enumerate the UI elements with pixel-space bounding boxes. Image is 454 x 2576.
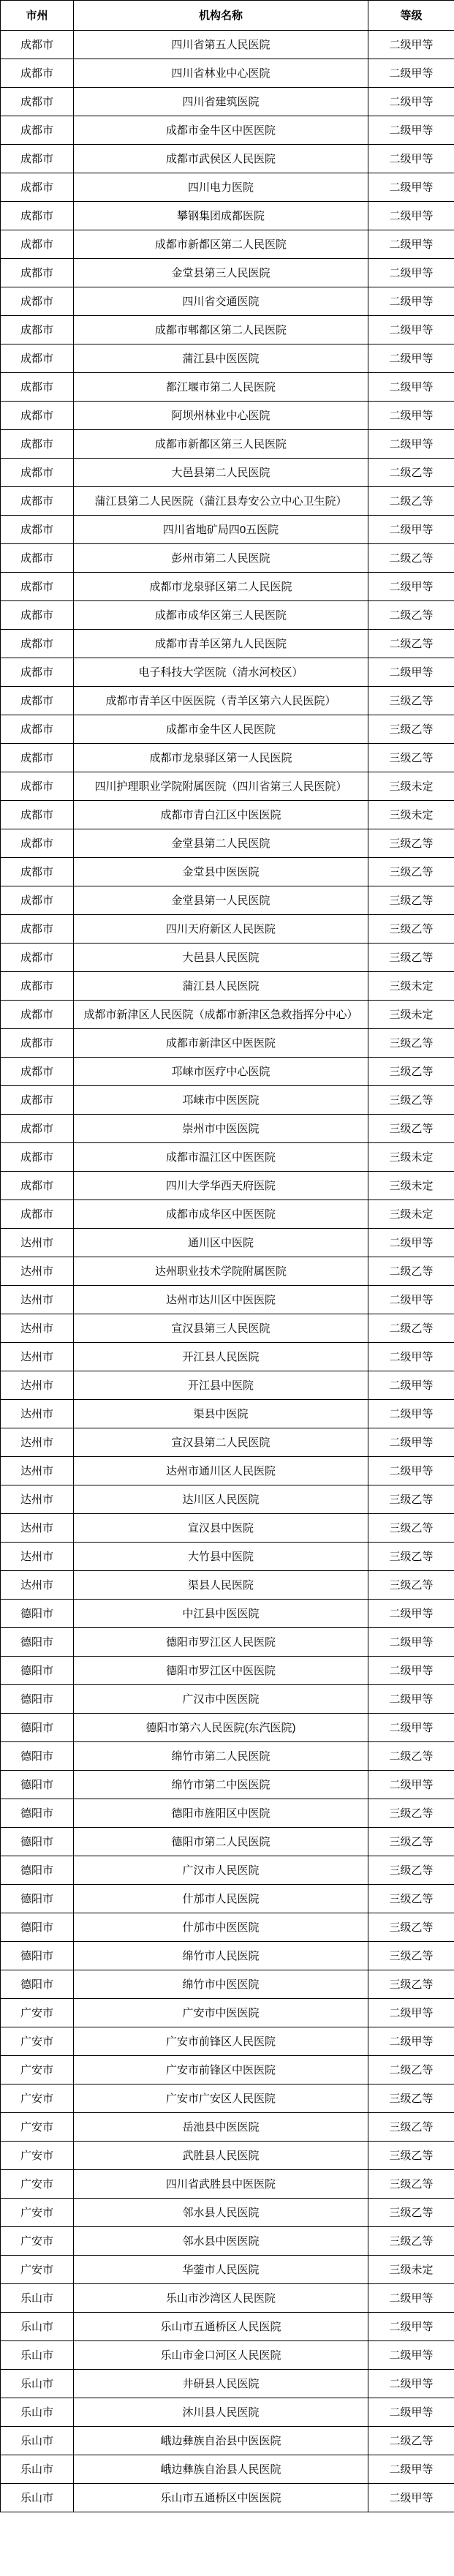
- city-cell: 成都市: [1, 658, 74, 687]
- institution-name-cell: 井研县人民医院: [74, 2370, 368, 2398]
- grade-cell: 二级甲等: [368, 145, 454, 173]
- table-row: 成都市金堂县中医医院三级乙等: [1, 858, 454, 886]
- table-row: 成都市成都市成华区中医医院三级未定: [1, 1200, 454, 1229]
- institution-name-cell: 电子科技大学医院（清水河校区）: [74, 658, 368, 687]
- institution-name-cell: 什邡市中医医院: [74, 1913, 368, 1942]
- institution-name-cell: 成都市温江区中医医院: [74, 1143, 368, 1172]
- institution-name-cell: 四川大学华西天府医院: [74, 1172, 368, 1200]
- grade-cell: 二级甲等: [368, 373, 454, 402]
- grade-cell: 二级甲等: [368, 1229, 454, 1257]
- city-cell: 广安市: [1, 2113, 74, 2142]
- grade-cell: 二级乙等: [368, 601, 454, 630]
- grade-cell: 二级甲等: [368, 430, 454, 459]
- city-cell: 成都市: [1, 1143, 74, 1172]
- table-row: 广安市四川省武胜县中医医院三级乙等: [1, 2170, 454, 2199]
- hospital-grade-table: 市州 机构名称 等级 成都市四川省第五人民医院二级甲等成都市四川省林业中心医院二…: [0, 0, 454, 2512]
- institution-name-cell: 什邡市人民医院: [74, 1885, 368, 1913]
- table-row: 成都市成都市青羊区第九人民医院二级乙等: [1, 630, 454, 658]
- grade-cell: 二级甲等: [368, 116, 454, 145]
- city-cell: 广安市: [1, 2027, 74, 2056]
- table-row: 成都市四川省交通医院二级甲等: [1, 287, 454, 316]
- grade-cell: 二级甲等: [368, 1628, 454, 1657]
- city-cell: 成都市: [1, 402, 74, 430]
- grade-cell: 三级未定: [368, 1200, 454, 1229]
- grade-cell: 三级乙等: [368, 2227, 454, 2256]
- table-row: 成都市电子科技大学医院（清水河校区）二级甲等: [1, 658, 454, 687]
- table-row: 德阳市德阳市第二人民医院三级乙等: [1, 1828, 454, 1856]
- grade-cell: 二级甲等: [368, 2455, 454, 2484]
- institution-name-cell: 广安市广安区人民医院: [74, 2084, 368, 2113]
- table-row: 广安市广安市前锋区中医医院二级乙等: [1, 2056, 454, 2084]
- city-cell: 德阳市: [1, 1628, 74, 1657]
- grade-cell: 二级甲等: [368, 316, 454, 344]
- grade-cell: 三级乙等: [368, 2142, 454, 2170]
- grade-cell: 三级未定: [368, 801, 454, 829]
- city-cell: 成都市: [1, 1172, 74, 1200]
- table-row: 成都市金堂县第一人民医院三级乙等: [1, 886, 454, 915]
- institution-name-cell: 彭州市第二人民医院: [74, 544, 368, 573]
- city-cell: 德阳市: [1, 1742, 74, 1771]
- grade-cell: 二级甲等: [368, 1286, 454, 1314]
- table-row: 广安市邻水县人民医院三级乙等: [1, 2199, 454, 2227]
- city-cell: 成都市: [1, 915, 74, 944]
- city-cell: 成都市: [1, 487, 74, 516]
- city-cell: 乐山市: [1, 2341, 74, 2370]
- table-row: 成都市成都市龙泉驿区第一人民医院三级乙等: [1, 744, 454, 772]
- city-cell: 达州市: [1, 1371, 74, 1400]
- institution-name-cell: 邻水县中医医院: [74, 2227, 368, 2256]
- table-row: 达州市达州市通川区人民医院二级甲等: [1, 1457, 454, 1485]
- institution-name-cell: 崇州市中医医院: [74, 1115, 368, 1143]
- table-row: 广安市广安市前锋区人民医院二级甲等: [1, 2027, 454, 2056]
- institution-name-cell: 成都市龙泉驿区第一人民医院: [74, 744, 368, 772]
- institution-name-cell: 成都市新津区中医医院: [74, 1029, 368, 1058]
- city-cell: 成都市: [1, 1029, 74, 1058]
- city-cell: 广安市: [1, 2056, 74, 2084]
- grade-cell: 二级甲等: [368, 2341, 454, 2370]
- city-cell: 达州市: [1, 1543, 74, 1571]
- city-cell: 达州市: [1, 1257, 74, 1286]
- city-cell: 成都市: [1, 88, 74, 116]
- city-cell: 德阳市: [1, 1799, 74, 1828]
- grade-cell: 三级乙等: [368, 687, 454, 715]
- institution-name-cell: 广安市前锋区人民医院: [74, 2027, 368, 2056]
- city-cell: 乐山市: [1, 2313, 74, 2341]
- institution-name-cell: 华蓥市人民医院: [74, 2256, 368, 2284]
- table-row: 成都市四川省地矿局四0五医院二级甲等: [1, 516, 454, 544]
- grade-cell: 二级乙等: [368, 1257, 454, 1286]
- grade-cell: 三级乙等: [368, 1942, 454, 1970]
- table-row: 成都市成都市青羊区中医医院（青羊区第六人民医院）三级乙等: [1, 687, 454, 715]
- institution-name-cell: 成都市成华区中医医院: [74, 1200, 368, 1229]
- grade-cell: 三级乙等: [368, 886, 454, 915]
- table-row: 广安市邻水县中医医院三级乙等: [1, 2227, 454, 2256]
- institution-name-cell: 乐山市五通桥区人民医院: [74, 2313, 368, 2341]
- city-cell: 成都市: [1, 430, 74, 459]
- institution-name-cell: 广安市中医医院: [74, 1999, 368, 2027]
- grade-cell: 三级乙等: [368, 1828, 454, 1856]
- table-row: 达州市渠县中医院二级甲等: [1, 1400, 454, 1428]
- table-row: 成都市四川大学华西天府医院三级未定: [1, 1172, 454, 1200]
- city-cell: 成都市: [1, 1200, 74, 1229]
- grade-cell: 三级乙等: [368, 1086, 454, 1115]
- grade-cell: 三级乙等: [368, 2170, 454, 2199]
- institution-name-cell: 邻水县人民医院: [74, 2199, 368, 2227]
- institution-name-cell: 成都市新都区第三人民医院: [74, 430, 368, 459]
- institution-name-cell: 阿坝州林业中心医院: [74, 402, 368, 430]
- city-cell: 广安市: [1, 2199, 74, 2227]
- table-row: 达州市开江县中医院二级甲等: [1, 1371, 454, 1400]
- city-cell: 达州市: [1, 1400, 74, 1428]
- grade-cell: 三级乙等: [368, 1115, 454, 1143]
- institution-name-cell: 德阳市罗江区中医医院: [74, 1657, 368, 1685]
- table-row: 成都市攀钢集团成都医院二级甲等: [1, 202, 454, 230]
- grade-cell: 三级乙等: [368, 744, 454, 772]
- grade-cell: 二级甲等: [368, 2398, 454, 2427]
- city-cell: 成都市: [1, 173, 74, 202]
- institution-name-cell: 达州市通川区人民医院: [74, 1457, 368, 1485]
- grade-cell: 二级甲等: [368, 173, 454, 202]
- institution-name-cell: 成都市武侯区人民医院: [74, 145, 368, 173]
- city-cell: 成都市: [1, 944, 74, 972]
- city-cell: 德阳市: [1, 1856, 74, 1885]
- institution-name-cell: 通川区中医院: [74, 1229, 368, 1257]
- city-cell: 广安市: [1, 2170, 74, 2199]
- city-cell: 成都市: [1, 259, 74, 287]
- table-row: 广安市武胜县人民医院三级乙等: [1, 2142, 454, 2170]
- grade-cell: 三级乙等: [368, 1885, 454, 1913]
- city-cell: 达州市: [1, 1514, 74, 1543]
- institution-name-cell: 金堂县第二人民医院: [74, 829, 368, 858]
- city-cell: 成都市: [1, 230, 74, 259]
- table-row: 成都市成都市武侯区人民医院二级甲等: [1, 145, 454, 173]
- city-cell: 成都市: [1, 744, 74, 772]
- grade-cell: 二级甲等: [368, 287, 454, 316]
- table-row: 乐山市乐山市沙湾区人民医院二级甲等: [1, 2284, 454, 2313]
- table-row: 成都市成都市成华区第三人民医院二级乙等: [1, 601, 454, 630]
- city-cell: 达州市: [1, 1457, 74, 1485]
- grade-cell: 三级未定: [368, 2256, 454, 2284]
- grade-cell: 二级甲等: [368, 88, 454, 116]
- table-row: 达州市大竹县中医院三级乙等: [1, 1543, 454, 1571]
- institution-name-cell: 乐山市五通桥区中医医院: [74, 2484, 368, 2512]
- grade-cell: 三级乙等: [368, 1970, 454, 1999]
- table-row: 德阳市中江县中医医院二级甲等: [1, 1600, 454, 1628]
- city-cell: 德阳市: [1, 1685, 74, 1714]
- grade-cell: 二级甲等: [368, 1771, 454, 1799]
- institution-name-cell: 成都市龙泉驿区第二人民医院: [74, 573, 368, 601]
- city-cell: 成都市: [1, 116, 74, 145]
- institution-name-cell: 大竹县中医院: [74, 1543, 368, 1571]
- institution-name-cell: 开江县中医院: [74, 1371, 368, 1400]
- table-row: 成都市蒲江县第二人民医院（蒲江县寿安公立中心卫生院）二级乙等: [1, 487, 454, 516]
- grade-cell: 三级乙等: [368, 858, 454, 886]
- grade-cell: 二级甲等: [368, 2484, 454, 2512]
- institution-name-cell: 成都市青羊区第九人民医院: [74, 630, 368, 658]
- table-row: 成都市成都市温江区中医医院三级未定: [1, 1143, 454, 1172]
- city-cell: 达州市: [1, 1343, 74, 1371]
- grade-cell: 三级乙等: [368, 1571, 454, 1600]
- table-row: 德阳市德阳市罗江区中医医院二级甲等: [1, 1657, 454, 1685]
- table-row: 广安市华蓥市人民医院三级未定: [1, 2256, 454, 2284]
- institution-name-cell: 邛崃市医疗中心医院: [74, 1058, 368, 1086]
- city-cell: 德阳市: [1, 1771, 74, 1799]
- city-cell: 成都市: [1, 287, 74, 316]
- grade-cell: 三级乙等: [368, 915, 454, 944]
- grade-cell: 二级甲等: [368, 516, 454, 544]
- table-row: 成都市四川省建筑医院二级甲等: [1, 88, 454, 116]
- grade-cell: 二级甲等: [368, 31, 454, 59]
- grade-cell: 二级甲等: [368, 1657, 454, 1685]
- city-cell: 成都市: [1, 1086, 74, 1115]
- grade-cell: 三级乙等: [368, 715, 454, 744]
- table-row: 广安市广安市中医医院二级甲等: [1, 1999, 454, 2027]
- table-row: 成都市成都市新津区人民医院（成都市新津区急救指挥分中心）三级未定: [1, 1001, 454, 1029]
- grade-cell: 二级甲等: [368, 2370, 454, 2398]
- grade-cell: 二级乙等: [368, 1314, 454, 1343]
- table-row: 成都市成都市新都区第三人民医院二级甲等: [1, 430, 454, 459]
- table-row: 乐山市井研县人民医院二级甲等: [1, 2370, 454, 2398]
- institution-name-cell: 成都市青羊区中医医院（青羊区第六人民医院）: [74, 687, 368, 715]
- city-cell: 乐山市: [1, 2284, 74, 2313]
- grade-cell: 二级甲等: [368, 658, 454, 687]
- city-cell: 德阳市: [1, 1828, 74, 1856]
- grade-cell: 二级甲等: [368, 1428, 454, 1457]
- institution-name-cell: 乐山市沙湾区人民医院: [74, 2284, 368, 2313]
- institution-name-cell: 大邑县人民医院: [74, 944, 368, 972]
- city-cell: 成都市: [1, 373, 74, 402]
- institution-name-cell: 四川电力医院: [74, 173, 368, 202]
- grade-cell: 三级乙等: [368, 944, 454, 972]
- grade-cell: 二级乙等: [368, 1742, 454, 1771]
- institution-name-cell: 金堂县中医医院: [74, 858, 368, 886]
- grade-cell: 二级甲等: [368, 2313, 454, 2341]
- table-row: 德阳市绵竹市中医医院三级乙等: [1, 1970, 454, 1999]
- grade-cell: 二级甲等: [368, 59, 454, 88]
- city-cell: 成都市: [1, 772, 74, 801]
- institution-name-cell: 攀钢集团成都医院: [74, 202, 368, 230]
- city-cell: 成都市: [1, 1115, 74, 1143]
- institution-name-cell: 峨边彝族自治县人民医院: [74, 2455, 368, 2484]
- institution-name-cell: 成都市成华区第三人民医院: [74, 601, 368, 630]
- grade-cell: 二级甲等: [368, 1457, 454, 1485]
- grade-cell: 二级乙等: [368, 2056, 454, 2084]
- city-cell: 达州市: [1, 1485, 74, 1514]
- institution-name-cell: 四川省建筑医院: [74, 88, 368, 116]
- grade-cell: 三级乙等: [368, 1485, 454, 1514]
- table-row: 广安市广安市广安区人民医院三级乙等: [1, 2084, 454, 2113]
- grade-cell: 二级甲等: [368, 259, 454, 287]
- column-header-grade: 等级: [368, 1, 454, 31]
- table-row: 成都市彭州市第二人民医院二级乙等: [1, 544, 454, 573]
- city-cell: 德阳市: [1, 1970, 74, 1999]
- table-row: 成都市金堂县第二人民医院三级乙等: [1, 829, 454, 858]
- institution-name-cell: 四川省地矿局四0五医院: [74, 516, 368, 544]
- city-cell: 成都市: [1, 715, 74, 744]
- table-row: 乐山市乐山市金口河区人民医院二级甲等: [1, 2341, 454, 2370]
- city-cell: 德阳市: [1, 1885, 74, 1913]
- city-cell: 成都市: [1, 59, 74, 88]
- city-cell: 成都市: [1, 31, 74, 59]
- grade-cell: 三级乙等: [368, 829, 454, 858]
- table-row: 成都市四川天府新区人民医院三级乙等: [1, 915, 454, 944]
- city-cell: 成都市: [1, 886, 74, 915]
- table-row: 成都市蒲江县中医医院二级甲等: [1, 344, 454, 373]
- grade-cell: 二级甲等: [368, 1714, 454, 1742]
- institution-name-cell: 成都市郫都区第二人民医院: [74, 316, 368, 344]
- table-row: 成都市邛崃市中医医院三级乙等: [1, 1086, 454, 1115]
- institution-name-cell: 四川省林业中心医院: [74, 59, 368, 88]
- city-cell: 德阳市: [1, 1942, 74, 1970]
- city-cell: 乐山市: [1, 2370, 74, 2398]
- table-row: 德阳市德阳市第六人民医院(东汽医院)二级甲等: [1, 1714, 454, 1742]
- city-cell: 乐山市: [1, 2455, 74, 2484]
- table-row: 成都市大邑县第二人民医院二级乙等: [1, 459, 454, 487]
- grade-cell: 三级乙等: [368, 1029, 454, 1058]
- institution-name-cell: 四川省第五人民医院: [74, 31, 368, 59]
- grade-cell: 三级乙等: [368, 2113, 454, 2142]
- grade-cell: 三级乙等: [368, 1913, 454, 1942]
- institution-name-cell: 绵竹市第二人民医院: [74, 1742, 368, 1771]
- institution-name-cell: 绵竹市中医医院: [74, 1970, 368, 1999]
- institution-name-cell: 都江堰市第二人民医院: [74, 373, 368, 402]
- table-row: 德阳市德阳市旌阳区中医院三级乙等: [1, 1799, 454, 1828]
- institution-name-cell: 成都市新都区第二人民医院: [74, 230, 368, 259]
- grade-cell: 二级甲等: [368, 402, 454, 430]
- table-row: 成都市四川护理职业学院附属医院（四川省第三人民医院）三级未定: [1, 772, 454, 801]
- city-cell: 成都市: [1, 601, 74, 630]
- grade-cell: 三级乙等: [368, 1799, 454, 1828]
- institution-name-cell: 成都市金牛区中医医院: [74, 116, 368, 145]
- institution-name-cell: 广安市前锋区中医医院: [74, 2056, 368, 2084]
- institution-name-cell: 德阳市旌阳区中医院: [74, 1799, 368, 1828]
- institution-name-cell: 渠县人民医院: [74, 1571, 368, 1600]
- table-row: 成都市四川电力医院二级甲等: [1, 173, 454, 202]
- city-cell: 成都市: [1, 801, 74, 829]
- table-body: 成都市四川省第五人民医院二级甲等成都市四川省林业中心医院二级甲等成都市四川省建筑…: [1, 31, 454, 2512]
- grade-cell: 二级甲等: [368, 202, 454, 230]
- table-row: 成都市成都市金牛区中医医院二级甲等: [1, 116, 454, 145]
- institution-name-cell: 四川省武胜县中医医院: [74, 2170, 368, 2199]
- institution-name-cell: 德阳市罗江区人民医院: [74, 1628, 368, 1657]
- city-cell: 成都市: [1, 573, 74, 601]
- grade-cell: 二级乙等: [368, 2427, 454, 2455]
- institution-name-cell: 宣汉县中医院: [74, 1514, 368, 1543]
- city-cell: 达州市: [1, 1428, 74, 1457]
- institution-name-cell: 广汉市中医医院: [74, 1685, 368, 1714]
- table-row: 成都市阿坝州林业中心医院二级甲等: [1, 402, 454, 430]
- table-row: 成都市成都市金牛区人民医院三级乙等: [1, 715, 454, 744]
- city-cell: 广安市: [1, 2084, 74, 2113]
- table-row: 成都市蒲江县人民医院三级未定: [1, 972, 454, 1001]
- table-row: 德阳市广汉市人民医院三级乙等: [1, 1856, 454, 1885]
- institution-name-cell: 蒲江县第二人民医院（蒲江县寿安公立中心卫生院）: [74, 487, 368, 516]
- city-cell: 德阳市: [1, 1913, 74, 1942]
- table-row: 广安市岳池县中医医院三级乙等: [1, 2113, 454, 2142]
- grade-cell: 三级未定: [368, 772, 454, 801]
- table-row: 德阳市广汉市中医医院二级甲等: [1, 1685, 454, 1714]
- institution-name-cell: 岳池县中医医院: [74, 2113, 368, 2142]
- table-row: 成都市崇州市中医医院三级乙等: [1, 1115, 454, 1143]
- institution-name-cell: 成都市新津区人民医院（成都市新津区急救指挥分中心）: [74, 1001, 368, 1029]
- institution-name-cell: 宣汉县第二人民医院: [74, 1428, 368, 1457]
- institution-name-cell: 绵竹市第二中医医院: [74, 1771, 368, 1799]
- city-cell: 广安市: [1, 1999, 74, 2027]
- grade-cell: 二级乙等: [368, 544, 454, 573]
- table-row: 成都市成都市新津区中医医院三级乙等: [1, 1029, 454, 1058]
- institution-name-cell: 乐山市金口河区人民医院: [74, 2341, 368, 2370]
- institution-name-cell: 成都市青白江区中医医院: [74, 801, 368, 829]
- institution-name-cell: 四川护理职业学院附属医院（四川省第三人民医院）: [74, 772, 368, 801]
- table-row: 达州市宣汉县中医院三级乙等: [1, 1514, 454, 1543]
- grade-cell: 二级甲等: [368, 1371, 454, 1400]
- institution-name-cell: 达州市达川区中医医院: [74, 1286, 368, 1314]
- grade-cell: 二级甲等: [368, 573, 454, 601]
- institution-name-cell: 开江县人民医院: [74, 1343, 368, 1371]
- table-row: 德阳市什邡市中医医院三级乙等: [1, 1913, 454, 1942]
- table-row: 达州市宣汉县第三人民医院二级乙等: [1, 1314, 454, 1343]
- institution-name-cell: 德阳市第二人民医院: [74, 1828, 368, 1856]
- city-cell: 成都市: [1, 630, 74, 658]
- grade-cell: 三级乙等: [368, 1058, 454, 1086]
- city-cell: 广安市: [1, 2142, 74, 2170]
- table-row: 成都市邛崃市医疗中心医院三级乙等: [1, 1058, 454, 1086]
- column-header-institution-name: 机构名称: [74, 1, 368, 31]
- grade-cell: 三级未定: [368, 1172, 454, 1200]
- table-row: 成都市成都市新都区第二人民医院二级甲等: [1, 230, 454, 259]
- city-cell: 广安市: [1, 2227, 74, 2256]
- table-row: 乐山市乐山市五通桥区人民医院二级甲等: [1, 2313, 454, 2341]
- table-row: 达州市宣汉县第二人民医院二级甲等: [1, 1428, 454, 1457]
- grade-cell: 三级乙等: [368, 1514, 454, 1543]
- city-cell: 德阳市: [1, 1600, 74, 1628]
- grade-cell: 二级甲等: [368, 230, 454, 259]
- city-cell: 成都市: [1, 1058, 74, 1086]
- table-row: 成都市金堂县第三人民医院二级甲等: [1, 259, 454, 287]
- table-row: 达州市通川区中医院二级甲等: [1, 1229, 454, 1257]
- table-row: 达州市达州职业技术学院附属医院二级乙等: [1, 1257, 454, 1286]
- table-row: 达州市达州市达川区中医医院二级甲等: [1, 1286, 454, 1314]
- grade-cell: 三级未定: [368, 1001, 454, 1029]
- city-cell: 成都市: [1, 858, 74, 886]
- institution-name-cell: 绵竹市人民医院: [74, 1942, 368, 1970]
- institution-name-cell: 蒲江县中医医院: [74, 344, 368, 373]
- city-cell: 成都市: [1, 1001, 74, 1029]
- table-row: 达州市渠县人民医院三级乙等: [1, 1571, 454, 1600]
- city-cell: 乐山市: [1, 2484, 74, 2512]
- city-cell: 成都市: [1, 145, 74, 173]
- institution-name-cell: 蒲江县人民医院: [74, 972, 368, 1001]
- city-cell: 德阳市: [1, 1714, 74, 1742]
- table-row: 成都市成都市青白江区中医医院三级未定: [1, 801, 454, 829]
- grade-cell: 三级未定: [368, 972, 454, 1001]
- city-cell: 成都市: [1, 202, 74, 230]
- grade-cell: 二级甲等: [368, 344, 454, 373]
- city-cell: 广安市: [1, 2256, 74, 2284]
- institution-name-cell: 宣汉县第三人民医院: [74, 1314, 368, 1343]
- institution-name-cell: 渠县中医院: [74, 1400, 368, 1428]
- table-row: 德阳市什邡市人民医院三级乙等: [1, 1885, 454, 1913]
- city-cell: 成都市: [1, 344, 74, 373]
- city-cell: 成都市: [1, 972, 74, 1001]
- table-row: 德阳市德阳市罗江区人民医院二级甲等: [1, 1628, 454, 1657]
- city-cell: 成都市: [1, 829, 74, 858]
- table-row: 乐山市峨边彝族自治县中医医院二级乙等: [1, 2427, 454, 2455]
- table-row: 乐山市乐山市五通桥区中医医院二级甲等: [1, 2484, 454, 2512]
- table-row: 达州市达川区人民医院三级乙等: [1, 1485, 454, 1514]
- institution-name-cell: 四川天府新区人民医院: [74, 915, 368, 944]
- grade-cell: 二级乙等: [368, 459, 454, 487]
